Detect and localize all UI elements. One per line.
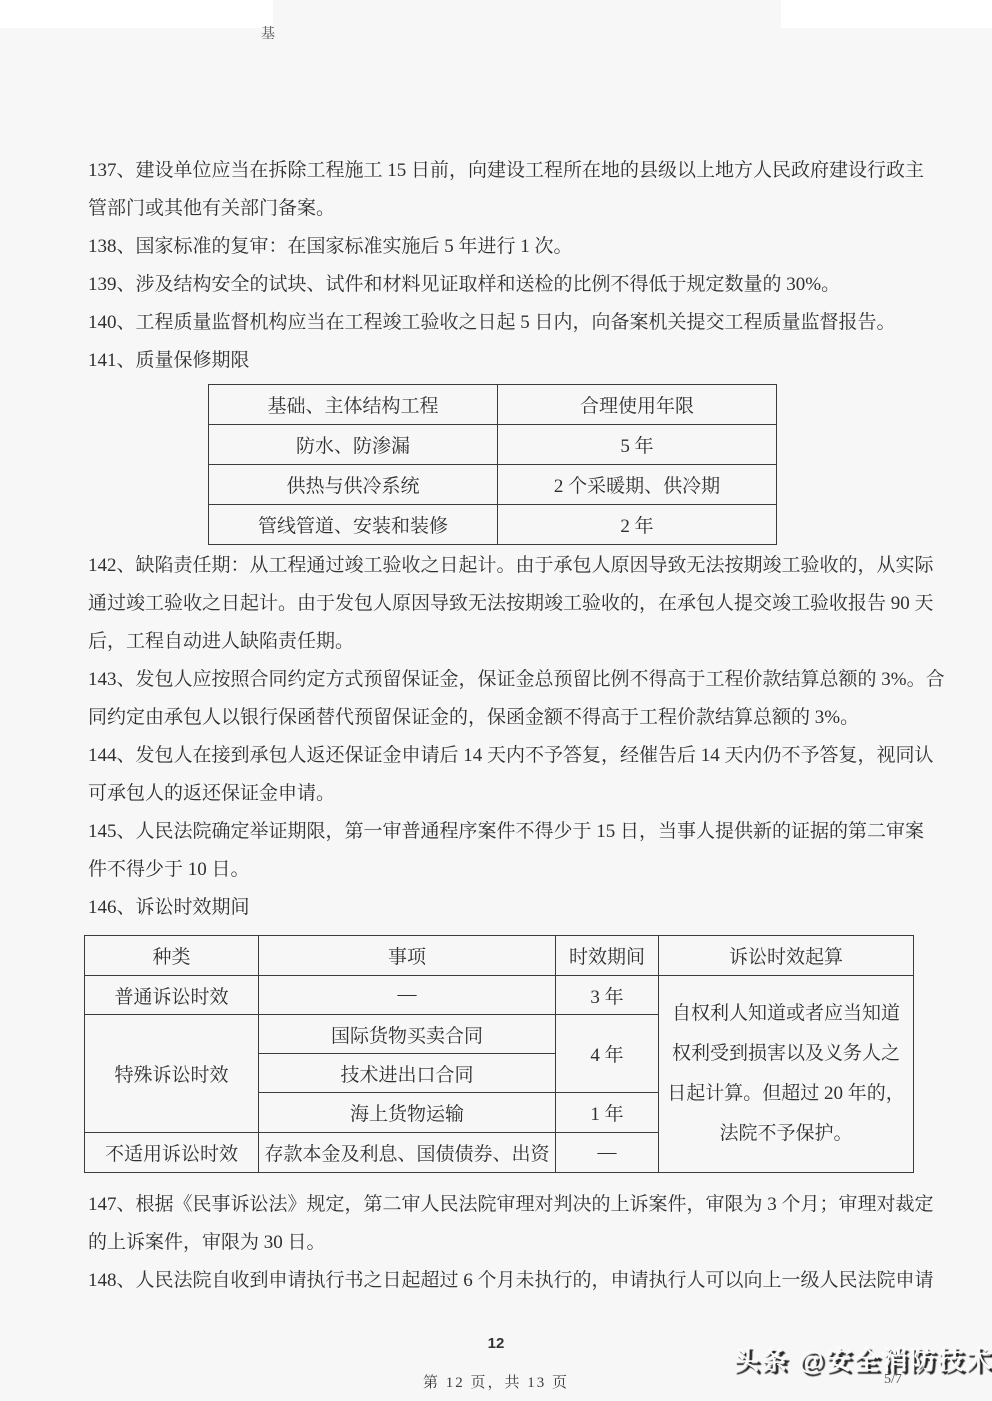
table-merged-cell: 4 年 — [556, 1015, 659, 1093]
table-cell: 技术进出口合同 — [259, 1054, 556, 1093]
table-merged-cell: 自权利人知道或者应当知道 权利受到损害以及义务人之 日起计算。但超过 20 年的… — [659, 976, 914, 1173]
paragraph-line: 件不得少于 10 日。 — [88, 851, 934, 889]
table-header-cell: 时效期间 — [556, 936, 659, 976]
table-header-cell: 种类 — [85, 936, 259, 976]
table-cell-line: 法院不予保护。 — [659, 1114, 913, 1154]
paragraph-line: 通过竣工验收之日起计。由于发包人原因导致无法按期竣工验收的，在承包人提交竣工验收… — [88, 585, 934, 623]
table-cell: 不适用诉讼时效 — [85, 1133, 259, 1173]
paragraph-line: 后，工程自动进人缺陷责任期。 — [88, 623, 934, 661]
table-cell: 3 年 — [556, 976, 659, 1015]
table-cell: 5 年 — [498, 425, 777, 465]
table-cell: 存款本金及利息、国债债券、出资 — [259, 1133, 556, 1173]
paragraph-block-142-146: 142、缺陷责任期：从工程通过竣工验收之日起计。由于承包人原因导致无法按期竣工验… — [88, 547, 934, 927]
table-cell-line: 权利受到损害以及义务人之 — [659, 1034, 913, 1074]
top-margin-strip-right — [781, 0, 992, 28]
paragraph-line: 140、工程质量监督机构应当在工程竣工验收之日起 5 日内，向备案机关提交工程质… — [88, 304, 934, 342]
table-cell: 基础、主体结构工程 — [209, 385, 498, 425]
table-cell: 海上货物运输 — [259, 1093, 556, 1133]
toutiao-watermark: 头条 @安全消防技术 — [733, 1340, 992, 1377]
table-cell: 1 年 — [556, 1093, 659, 1133]
table-merged-cell: 特殊诉讼时效 — [85, 1015, 259, 1133]
paragraph-block-137-141: 137、建设单位应当在拆除工程施工 15 日前，向建设工程所在地的县级以上地方人… — [88, 152, 934, 380]
paragraph-line: 148、人民法院自收到申请执行书之日起超过 6 个月未执行的，申请执行人可以向上… — [88, 1262, 934, 1300]
paragraph-line: 142、缺陷责任期：从工程通过竣工验收之日起计。由于承包人原因导致无法按期竣工验… — [88, 547, 934, 585]
paragraph-line: 146、诉讼时效期间 — [88, 889, 934, 927]
paragraph-block-147-148: 147、根据《民事诉讼法》规定，第二审人民法院审理对判决的上诉案件，审限为 3 … — [88, 1186, 934, 1300]
table-cell: 合理使用年限 — [498, 385, 777, 425]
page-indicator: 5/7 — [884, 1372, 902, 1388]
litigation-limitation-table: 种类 事项 时效期间 诉讼时效起算 普通诉讼时效 — 3 年 自权利人知道或者应… — [84, 935, 914, 1173]
table-cell-line: 自权利人知道或者应当知道 — [659, 994, 913, 1034]
table-header-cell: 诉讼时效起算 — [659, 936, 914, 976]
table-cell: 供热与供冷系统 — [209, 465, 498, 505]
table-cell: — — [259, 976, 556, 1015]
paragraph-line: 139、涉及结构安全的试块、试件和材料见证取样和送检的比例不得低于规定数量的 3… — [88, 266, 934, 304]
table-cell: 防水、防渗漏 — [209, 425, 498, 465]
paragraph-line: 137、建设单位应当在拆除工程施工 15 日前，向建设工程所在地的县级以上地方人… — [88, 152, 934, 190]
paragraph-line: 138、国家标准的复审：在国家标准实施后 5 年进行 1 次。 — [88, 228, 934, 266]
table-cell: 普通诉讼时效 — [85, 976, 259, 1015]
paragraph-line: 143、发包人应按照合同约定方式预留保证金，保证金总预留比例不得高于工程价款结算… — [88, 661, 934, 699]
paragraph-line: 145、人民法院确定举证期限，第一审普通程序案件不得少于 15 日，当事人提供新… — [88, 813, 934, 851]
clipped-char-fragment: 基 — [261, 26, 275, 44]
paragraph-line: 可承包人的返还保证金申请。 — [88, 775, 934, 813]
table-cell-line: 日起计算。但超过 20 年的， — [659, 1074, 913, 1114]
table-cell: 2 年 — [498, 505, 777, 545]
top-margin-strip-left — [0, 0, 273, 28]
paragraph-line: 的上诉案件，审限为 30 日。 — [88, 1224, 934, 1262]
paragraph-line: 147、根据《民事诉讼法》规定，第二审人民法院审理对判决的上诉案件，审限为 3 … — [88, 1186, 934, 1224]
paragraph-line: 同约定由承包人以银行保函替代预留保证金的，保函金额不得高于工程价款结算总额的 3… — [88, 699, 934, 737]
paragraph-line: 144、发包人在接到承包人返还保证金申请后 14 天内不予答复，经催告后 14 … — [88, 737, 934, 775]
table-cell: 管线管道、安装和装修 — [209, 505, 498, 545]
table-cell: 2 个采暖期、供冷期 — [498, 465, 777, 505]
table-header-cell: 事项 — [259, 936, 556, 976]
paragraph-line: 管部门或其他有关部门备案。 — [88, 190, 934, 228]
document-page: 基 137、建设单位应当在拆除工程施工 15 日前，向建设工程所在地的县级以上地… — [0, 0, 992, 1401]
table-cell: — — [556, 1133, 659, 1173]
paragraph-line: 141、质量保修期限 — [88, 342, 934, 380]
table-cell: 国际货物买卖合同 — [259, 1015, 556, 1054]
warranty-period-table: 基础、主体结构工程 合理使用年限 防水、防渗漏 5 年 供热与供冷系统 2 个采… — [208, 384, 777, 545]
